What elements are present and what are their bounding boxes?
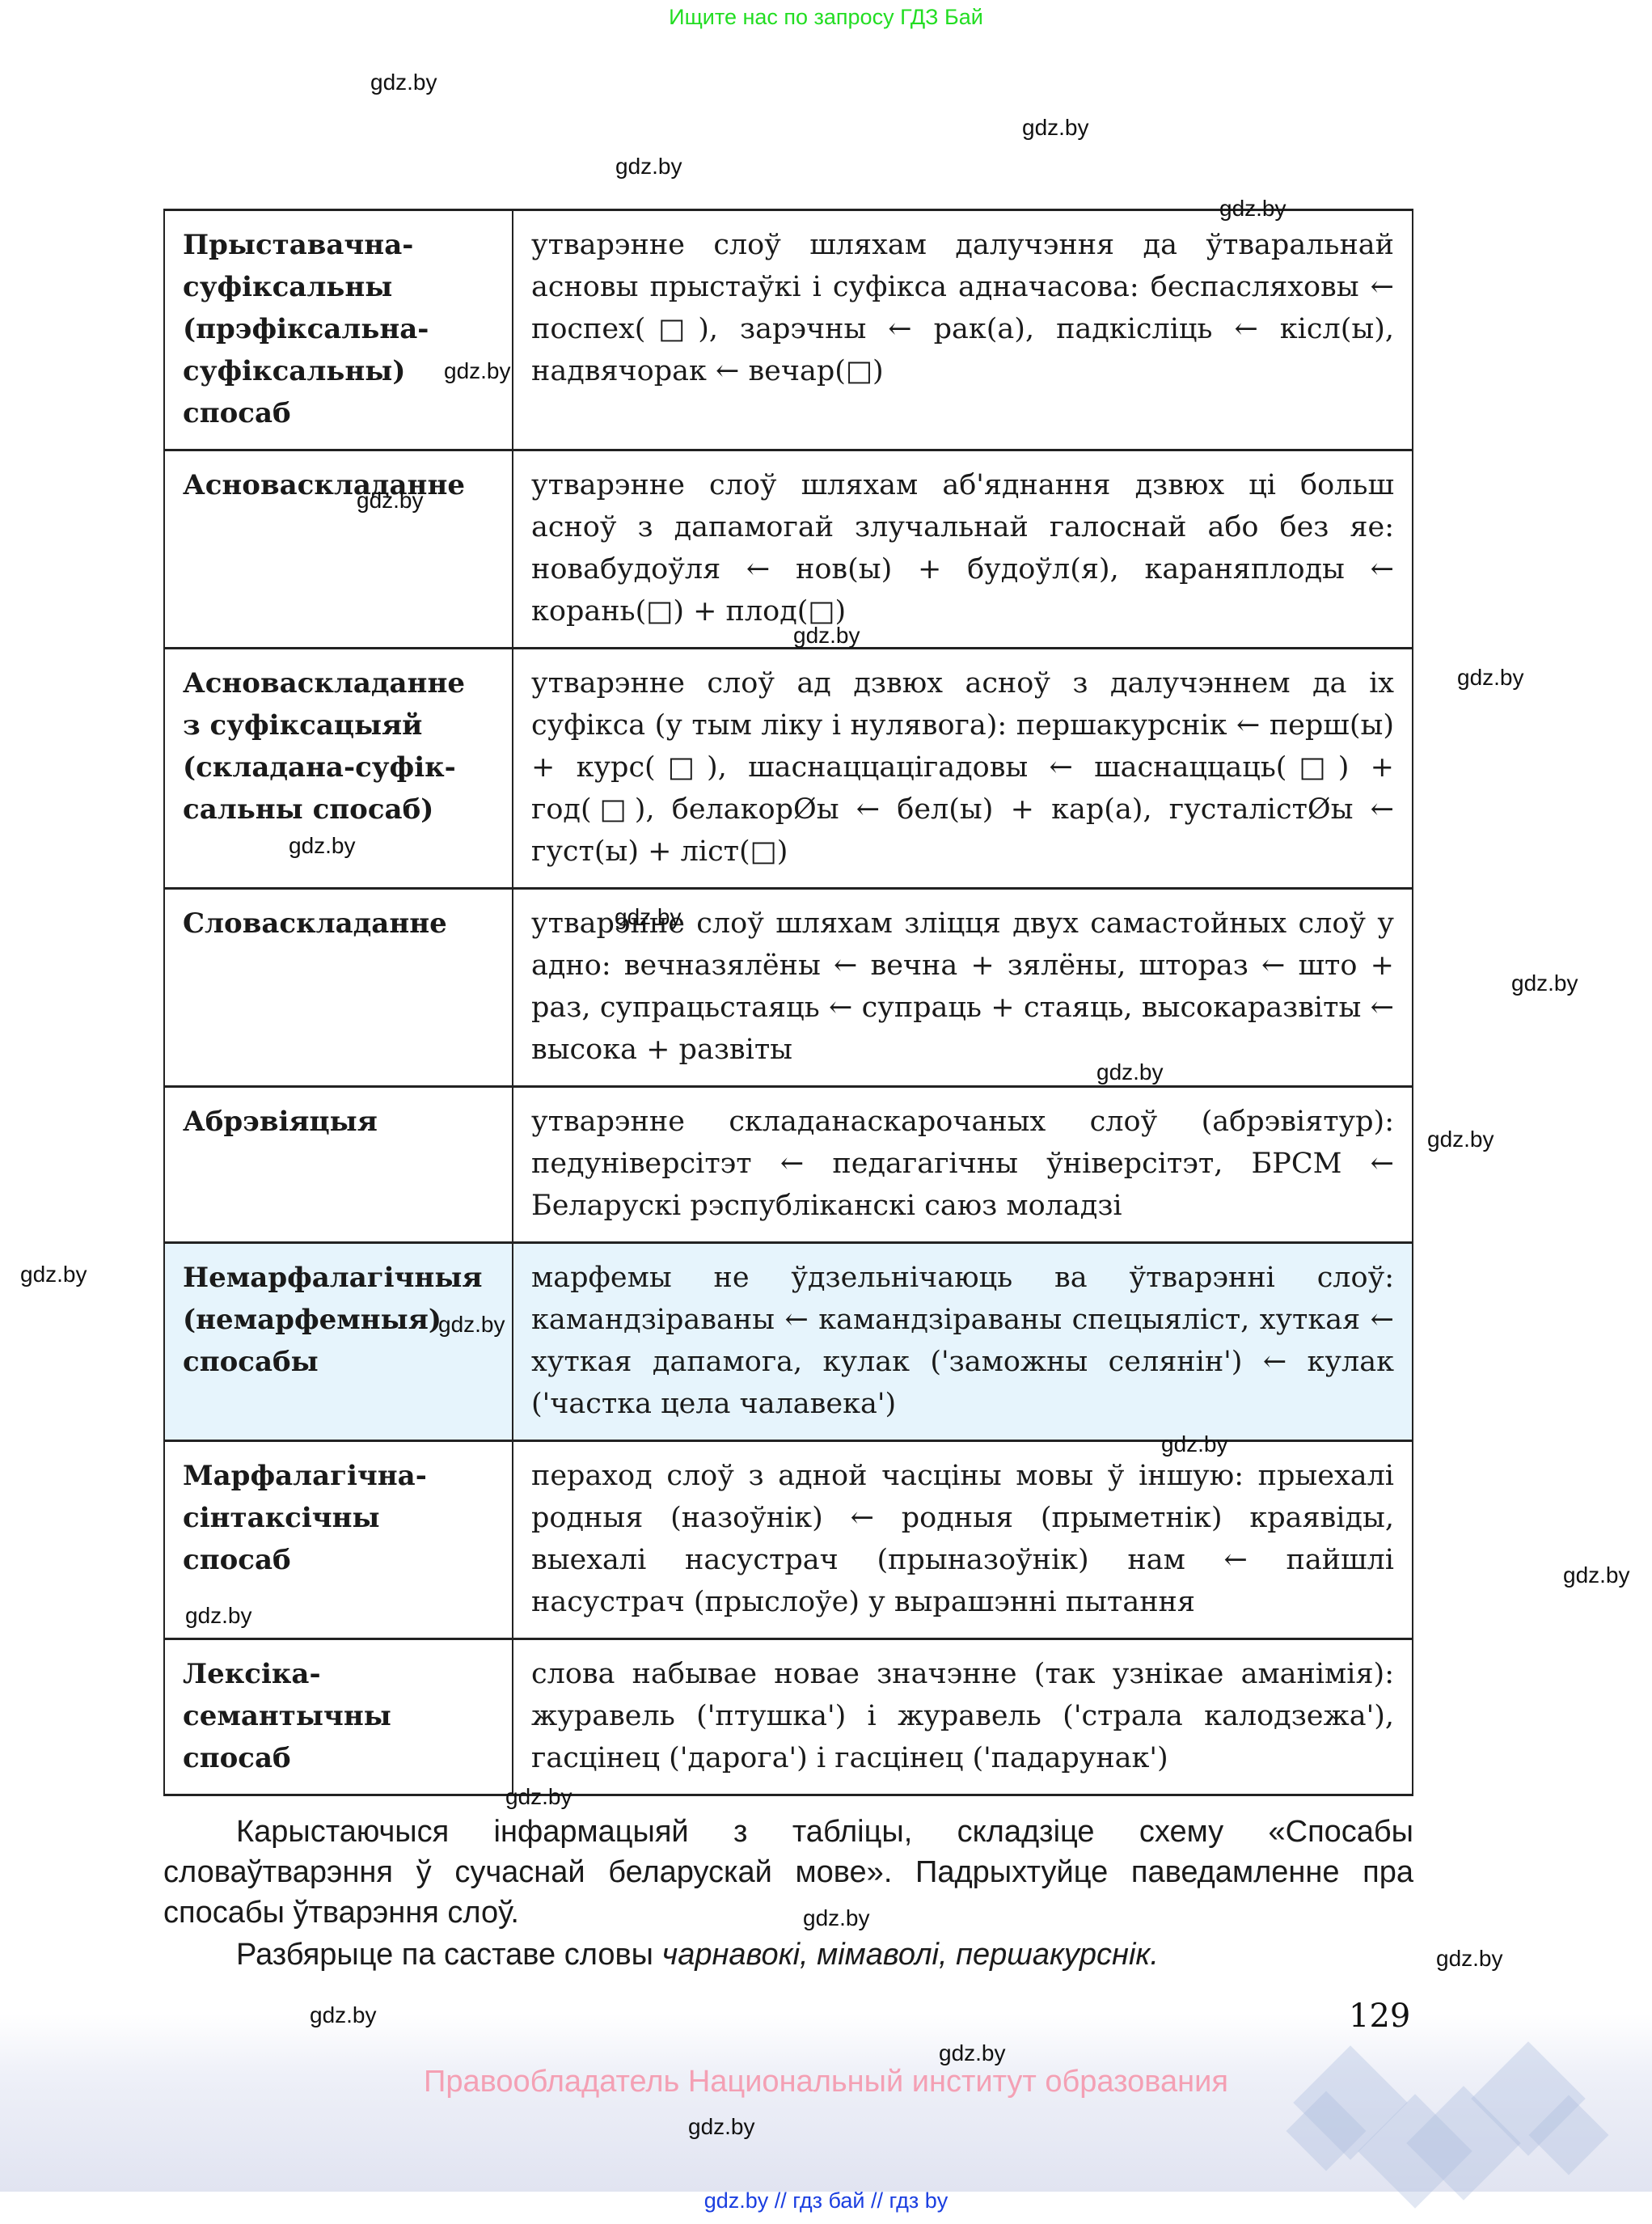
method-description: марфемы не ўдзельнічаюць ва ўтварэнні сл… [513,1243,1413,1441]
method-name: Абрэвіяцыя [164,1087,513,1243]
watermark: gdz.by [438,1312,505,1338]
task-words: чарнавокі, мімаволі, першакурснік. [662,1938,1159,1972]
watermark: gdz.by [1022,115,1089,141]
table-row: Прыставачна-суфіксальны(прэфіксальна-суф… [164,210,1413,450]
watermark: gdz.by [688,2114,755,2140]
method-name: Прыставачна-суфіксальны(прэфіксальна-суф… [164,210,513,450]
watermark: gdz.by [185,1603,252,1629]
watermark: gdz.by [615,904,682,930]
watermark: gdz.by [1436,1946,1503,1972]
rights-holder-notice: Правообладатель Национальный институт об… [0,2065,1652,2099]
table-row: Марфалагічна-сінтаксічныспосаб пераход с… [164,1441,1413,1639]
method-name: Лексіка-семантычныспосаб [164,1639,513,1795]
table-row: Словаскладанне утварэнне слоў шляхам злі… [164,889,1413,1087]
bottom-links[interactable]: gdz.by // гдз бай // гдз by [0,2188,1652,2213]
method-description: утварэнне слоў шляхам аб'яднання дзвюх ц… [513,450,1413,649]
word-formation-table: Прыставачна-суфіксальны(прэфіксальна-суф… [163,209,1413,1796]
watermark: gdz.by [20,1262,87,1287]
search-banner: Ищите нас по запросу ГДЗ Бай [0,5,1652,30]
table-row: Асноваскладанне утварэнне слоў шляхам аб… [164,450,1413,649]
footer-decoration [0,2014,1652,2192]
method-description: утварэнне слоў ад дзвюх асноў з далучэнн… [513,649,1413,889]
watermark: gdz.by [1427,1127,1494,1152]
method-description: пераход слоў з адной часціны мовы ў іншу… [513,1441,1413,1639]
watermark: gdz.by [1219,196,1287,222]
watermark: gdz.by [1161,1431,1228,1457]
watermark: gdz.by [289,833,356,859]
method-name: Немарфалагічныя(немарфемныя)спосабы [164,1243,513,1441]
method-description: утварэнне складанаскарочаных слоў (абрэв… [513,1087,1413,1243]
watermark: gdz.by [444,358,511,384]
watermark: gdz.by [939,2040,1006,2066]
table-row-highlighted: Немарфалагічныя(немарфемныя)спосабы марф… [164,1243,1413,1441]
task-paragraph-2: Разбярыце па саставе словы чарнавокі, мі… [163,1934,1413,1975]
watermark: gdz.by [505,1784,572,1810]
method-name: Словаскладанне [164,889,513,1087]
method-description: утварэнне слоў шляхам далучэння да ўтвар… [513,210,1413,450]
watermark: gdz.by [310,2002,377,2028]
method-name: Асноваскладанне [164,450,513,649]
watermark: gdz.by [1563,1562,1630,1588]
page-number: 129 [1349,1998,1410,2035]
table-row: Абрэвіяцыя утварэнне складанаскарочаных … [164,1087,1413,1243]
task-paragraph-1: Карыстаючыся інфармацыяй з табліцы, скла… [163,1812,1413,1933]
watermark: gdz.by [1096,1059,1164,1085]
watermark: gdz.by [370,70,437,95]
watermark: gdz.by [803,1905,870,1931]
watermark: gdz.by [793,623,860,649]
watermark: gdz.by [615,154,682,180]
watermark: gdz.by [1511,970,1578,996]
watermark: gdz.by [1457,665,1524,691]
table-row: Лексіка-семантычныспосаб слова набывае н… [164,1639,1413,1795]
method-description: слова набывае новае значэнне (так узніка… [513,1639,1413,1795]
watermark: gdz.by [357,488,424,514]
